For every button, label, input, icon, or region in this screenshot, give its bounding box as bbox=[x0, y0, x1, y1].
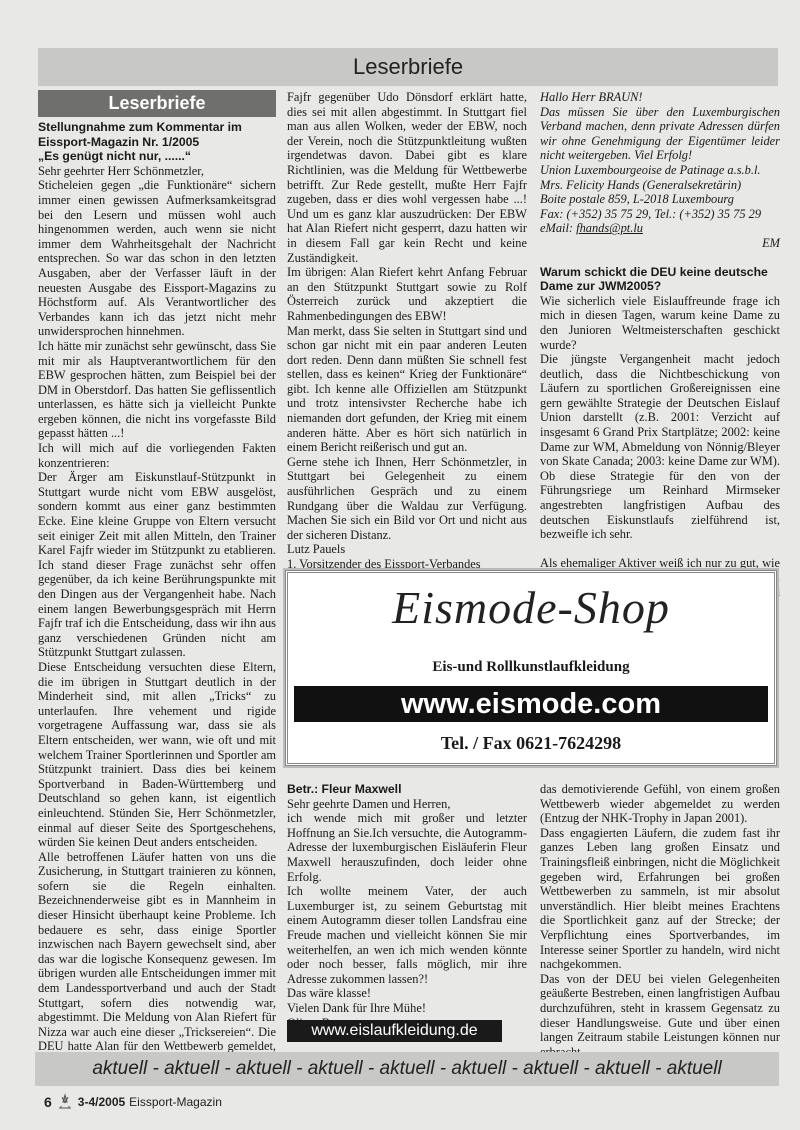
letter3-paragraph: Ich wollte meinem Vater, der auch Luxemb… bbox=[287, 884, 527, 986]
letter2-paragraph: Wie sicherlich viele Eislauffreunde frag… bbox=[540, 294, 780, 352]
letter1-continuation: Fajfr gegenüber Udo Dönsdorf erklärt hat… bbox=[287, 90, 527, 265]
eislaufkleidung-ad[interactable]: www.eislaufkleidung.de bbox=[287, 1020, 502, 1042]
reply-org: Union Luxembourgeoise de Patinage a.s.b.… bbox=[540, 163, 780, 178]
column-3: Hallo Herr BRAUN! Das müssen Sie über de… bbox=[540, 90, 780, 614]
magazine-name: Eissport-Magazin bbox=[129, 1095, 222, 1109]
aktuell-ticker-bar: aktuell - aktuell - aktuell - aktuell - … bbox=[35, 1052, 779, 1086]
column-3-bottom: das demotivierende Gefühl, von einem gro… bbox=[540, 782, 780, 1059]
reply-email-label: eMail: bbox=[540, 221, 576, 235]
letter3-closing: Vielen Dank für Ihre Mühe! bbox=[287, 1001, 527, 1016]
eismode-advertisement[interactable]: Eismode-Shop Eis-und Rollkunstlaufkleidu… bbox=[285, 570, 777, 766]
letter1-salutation: Sehr geehrter Herr Schönmetzler, bbox=[38, 164, 276, 179]
letter2-headline-1: Warum schickt die DEU keine deutsche bbox=[540, 265, 780, 280]
letter1-headline-3: „Es genügt nicht nur, ......“ bbox=[38, 149, 276, 164]
letter2-continuation: das demotivierende Gefühl, von einem gro… bbox=[540, 782, 780, 826]
column-1: Leserbriefe Stellungnahme zum Kommentar … bbox=[38, 90, 276, 1069]
letter1-paragraph: Ich hätte mir zunächst sehr gewünscht, d… bbox=[38, 339, 276, 441]
letter3-paragraph: ich wende mich mit großer und letzter Ho… bbox=[287, 811, 527, 884]
letter1-paragraph: Der Ärger am Eiskunstlauf-Stützpunkt in … bbox=[38, 470, 276, 660]
ad-url[interactable]: www.eismode.com bbox=[294, 686, 768, 722]
page-header-bar: Leserbriefe bbox=[38, 48, 778, 86]
section-heading: Leserbriefe bbox=[38, 90, 276, 117]
reply-email-line: eMail: fhands@pt.lu bbox=[540, 221, 780, 236]
letter1-continuation: Im übrigen: Alan Riefert kehrt Anfang Fe… bbox=[287, 265, 527, 323]
reply-body: Das müssen Sie über den Luxemburgischen … bbox=[540, 105, 780, 163]
reply-greeting: Hallo Herr BRAUN! bbox=[540, 90, 780, 105]
spacer bbox=[540, 542, 780, 556]
letter1-paragraph: Sticheleien gegen „die Funktionäre“ sich… bbox=[38, 178, 276, 339]
letter1-paragraph: Alle betroffenen Läufer hatten von uns d… bbox=[38, 850, 276, 1069]
letter1-signature-name: Lutz Pauels bbox=[287, 542, 527, 557]
letter1-headline-1: Stellungnahme zum Kommentar im bbox=[38, 120, 276, 135]
letter3-salutation: Sehr geehrte Damen und Herren, bbox=[287, 797, 527, 812]
letter2-paragraph: Die jüngste Vergangenheit macht jedoch d… bbox=[540, 352, 780, 542]
letter1-continuation: Gerne stehe ich Ihnen, Herr Schönmetzler… bbox=[287, 455, 527, 543]
ad-tagline: Eis-und Rollkunstlaufkleidung bbox=[288, 659, 774, 676]
column-2-bottom: Betr.: Fleur Maxwell Sehr geehrte Damen … bbox=[287, 782, 527, 1030]
letter3-closing: Das wäre klasse! bbox=[287, 986, 527, 1001]
letter1-paragraph: Ich will mich auf die vorliegenden Fakte… bbox=[38, 441, 276, 470]
page-number: 6 bbox=[44, 1094, 52, 1110]
page-footer: 6 3-4/2005 Eissport-Magazin bbox=[44, 1092, 222, 1112]
reply-phone: Fax: (+352) 35 75 29, Tel.: (+352) 35 75… bbox=[540, 207, 780, 222]
ticker-text: aktuell - aktuell - aktuell - aktuell - … bbox=[35, 1052, 779, 1086]
reply-initials: EM bbox=[540, 236, 780, 251]
letter2-continuation: Das von der DEU bei vielen Gelegenheiten… bbox=[540, 972, 780, 1060]
letter1-headline-2: Eissport-Magazin Nr. 1/2005 bbox=[38, 135, 276, 150]
reply-email-link[interactable]: fhands@pt.lu bbox=[576, 221, 643, 235]
column-2: Fajfr gegenüber Udo Dönsdorf erklärt hat… bbox=[287, 90, 527, 586]
letter1-continuation: Man merkt, dass Sie selten in Stuttgart … bbox=[287, 324, 527, 455]
letter3-headline: Betr.: Fleur Maxwell bbox=[287, 782, 527, 797]
ad-phone: Tel. / Fax 0621-7624298 bbox=[288, 733, 774, 754]
letter2-headline-2: Dame zur JWM2005? bbox=[540, 279, 780, 294]
ad-brand: Eismode-Shop bbox=[288, 581, 774, 634]
page-title: Leserbriefe bbox=[353, 54, 463, 80]
reply-contact: Mrs. Felicity Hands (Generalsekretärin) bbox=[540, 178, 780, 193]
issue-number: 3-4/2005 bbox=[78, 1095, 125, 1109]
spacer bbox=[540, 251, 780, 265]
letter1-paragraph: Diese Entscheidung versuchten diese Elte… bbox=[38, 660, 276, 850]
skater-logo-icon bbox=[56, 1093, 74, 1111]
reply-address: Boite postale 859, L-2018 Luxembourg bbox=[540, 192, 780, 207]
letter2-continuation: Dass engagierten Läufern, die zudem fast… bbox=[540, 826, 780, 972]
